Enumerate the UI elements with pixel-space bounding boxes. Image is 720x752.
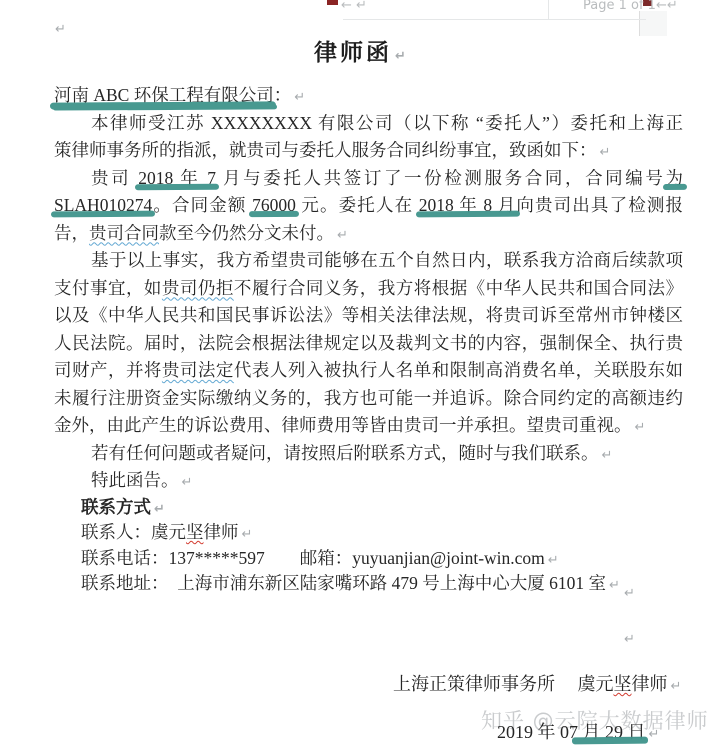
blue-squiggle-text: 贵司仍拒 (162, 278, 234, 298)
doc-line: 人民法院。届时，法院会根据法律规定以及裁判文书的内容，强制保全、执行贵 (54, 330, 683, 358)
doc-line: 支付事宜，如贵司仍拒不履行合同义务，我方将根据《中华人民共和国合同法》 (54, 275, 683, 303)
doc-text: 款至今仍然分文未付。 (159, 223, 334, 243)
signature-line: 上海正策律师事务所 虞元坚律师↵ (393, 671, 681, 699)
doc-text: 不履行合同义务，我方将根据《中华人民共和国合同法》 (234, 278, 683, 298)
red-squiggle-text: 坚 (614, 674, 632, 694)
document-title: 律师函↵ (0, 34, 720, 67)
doc-text: 本律师受江苏 XXXXXXXX 有限公司（以下称 “委托人”）委托和上海正 (91, 113, 683, 133)
pilcrow-mark: ↵ (649, 727, 660, 742)
blue-squiggle-text: 贵司合同 (89, 223, 159, 243)
doc-line: 联系方式↵ (54, 495, 683, 521)
doc-text: 联系地址： 上海市浦东新区陆家嘴环路 479 号上海中心大厦 6101 室 (81, 573, 606, 593)
doc-text: 联系电话：137*****597 邮箱：yuyuanjian@joint-win… (81, 548, 545, 568)
doc-line: 基于以上事实，我方希望贵司能够在五个自然日内，联系我方洽商后续款项 (54, 247, 683, 275)
doc-line: 特此函告。↵ (54, 467, 683, 495)
doc-line: 上海正策律师事务所 虞元坚律师↵ (393, 671, 681, 699)
date-line: 2019 年 07 月 29 日↵ (497, 719, 659, 747)
doc-text: 。合同金额 (152, 195, 252, 215)
teal-highlight-text: 河南 ABC 环保工程有限公司 (54, 85, 274, 105)
doc-line: 以及《中华人民共和国民事诉讼法》等相关法律法规，将贵司诉至常州市钟楼区 (54, 302, 683, 330)
doc-line: 联系电话：137*****597 邮箱：yuyuanjian@joint-win… (54, 546, 683, 572)
doc-line: 联系人：虞元坚律师↵ (54, 520, 683, 546)
doc-text: 金外，由此产生的诉讼费用、律师费用等皆由贵司一并承担。望贵司重视。 (54, 415, 632, 435)
doc-text: 支付事宜，如 (54, 278, 162, 298)
header-cell-box (639, 11, 667, 36)
header-divider-horizontal (343, 19, 646, 20)
doc-line: 贵司 2018 年 7 月与委托人共签订了一份检测服务合同，合同编号为 (54, 165, 683, 193)
pilcrow-mark: ↵ (337, 228, 348, 243)
blue-squiggle-text: 贵司法定 (162, 360, 234, 380)
red-squiggle-text: 坚 (186, 522, 204, 542)
doc-text: 联系方式 (81, 497, 151, 517)
doc-line: SLAH010274。合同金额 76000 元。委托人在 2018 年 8 月向… (54, 192, 683, 220)
doc-line: 未履行注册资金实际缴纳义务的，我方也可能一并追诉。除合同约定的高额违约 (54, 385, 683, 413)
doc-text: 未履行注册资金实际缴纳义务的，我方也可能一并追诉。除合同约定的高额违约 (54, 388, 683, 408)
red-corner-mark-left (327, 0, 338, 5)
pilcrow-mark: ↵ (395, 49, 406, 64)
header-divider-vertical (548, 0, 549, 19)
doc-text: 司财产，并将 (54, 360, 162, 380)
doc-text: 贵司 (91, 168, 138, 188)
doc-text: 代表人列入被执行人名单和限制高消费名单，关联股东如 (234, 360, 683, 380)
doc-text: 若有任何问题或者疑问，请按照后附联系方式，随时与我们联系。 (91, 443, 599, 463)
doc-text: 月与委托人共签订了一份检测服务合同，合同编号 (216, 168, 665, 188)
doc-line: 本律师受江苏 XXXXXXXX 有限公司（以下称 “委托人”）委托和上海正 (54, 110, 683, 138)
doc-text: 联系人：虞元 (81, 522, 186, 542)
pilcrow-mark: ↵ (609, 578, 620, 593)
pilcrow-mark: ↵ (548, 553, 559, 568)
doc-line: 河南 ABC 环保工程有限公司：↵ (54, 82, 683, 110)
doc-text: 人民法院。届时，法院会根据法律规定以及裁判文书的内容，强制保全、执行贵 (54, 333, 683, 353)
doc-text: 律师 (632, 674, 668, 694)
pilcrow-mark: ↵ (154, 502, 165, 517)
doc-line: 联系地址： 上海市浦东新区陆家嘴环路 479 号上海中心大厦 6101 室↵ (54, 571, 683, 597)
teal-highlight-text: 2018 年 7 (138, 168, 216, 188)
doc-text: 基于以上事实，我方希望贵司能够在五个自然日内，联系我方洽商后续款项 (91, 250, 683, 270)
doc-text: 2019 年 (497, 722, 560, 742)
doc-text: ： (274, 85, 292, 105)
teal-highlight-text: 2018 年 8 月 (419, 195, 517, 215)
teal-highlight-text: 07 月 29 日 (560, 722, 646, 742)
teal-highlight-text: 76000 (252, 195, 296, 215)
header-format-marks: ← ↵ (341, 0, 367, 13)
document-page: ← ↵ Page 1 of 1←↵ ↵ ↵ ↵ 律师函↵ 河南 ABC 环保工程… (0, 0, 720, 752)
doc-text: 特此函告。 (91, 470, 179, 490)
doc-text: 律师 (204, 522, 239, 542)
teal-highlight-text: SLAH010274 (54, 195, 152, 215)
doc-line: 司财产，并将贵司法定代表人列入被执行人名单和限制高消费名单，关联股东如 (54, 357, 683, 385)
doc-line: 金外，由此产生的诉讼费用、律师费用等皆由贵司一并承担。望贵司重视。↵ (54, 412, 683, 440)
doc-text: 策律师事务所的指派，就贵司与委托人服务合同纠纷事宜，致函如下： (54, 140, 597, 160)
doc-text: 告， (54, 223, 89, 243)
pilcrow-mark: ↵ (294, 90, 305, 105)
doc-body: 河南 ABC 环保工程有限公司：↵本律师受江苏 XXXXXXXX 有限公司（以下… (54, 82, 683, 597)
pilcrow-mark: ↵ (624, 632, 635, 647)
title-text: 律师函 (314, 40, 392, 65)
doc-line: 告，贵司合同款至今仍然分文未付。↵ (54, 220, 683, 248)
pilcrow-mark: ↵ (182, 475, 193, 490)
pilcrow-mark: ↵ (602, 448, 613, 463)
pilcrow-mark: ↵ (242, 527, 253, 542)
doc-line: 2019 年 07 月 29 日↵ (497, 719, 659, 747)
teal-highlight-text: 为 (666, 168, 684, 188)
pilcrow-mark: ↵ (635, 420, 646, 435)
pilcrow-mark: ↵ (671, 679, 682, 694)
doc-line: 策律师事务所的指派，就贵司与委托人服务合同纠纷事宜，致函如下：↵ (54, 137, 683, 165)
pilcrow-mark: ↵ (600, 145, 611, 160)
doc-line: 若有任何问题或者疑问，请按照后附联系方式，随时与我们联系。↵ (54, 440, 683, 468)
doc-text: 元。委托人在 (296, 195, 419, 215)
doc-text: 上海正策律师事务所 虞元 (393, 674, 614, 694)
doc-text: 向贵司出具了检测报 (516, 195, 683, 215)
doc-text: 以及《中华人民共和国民事诉讼法》等相关法律法规，将贵司诉至常州市钟楼区 (54, 305, 683, 325)
